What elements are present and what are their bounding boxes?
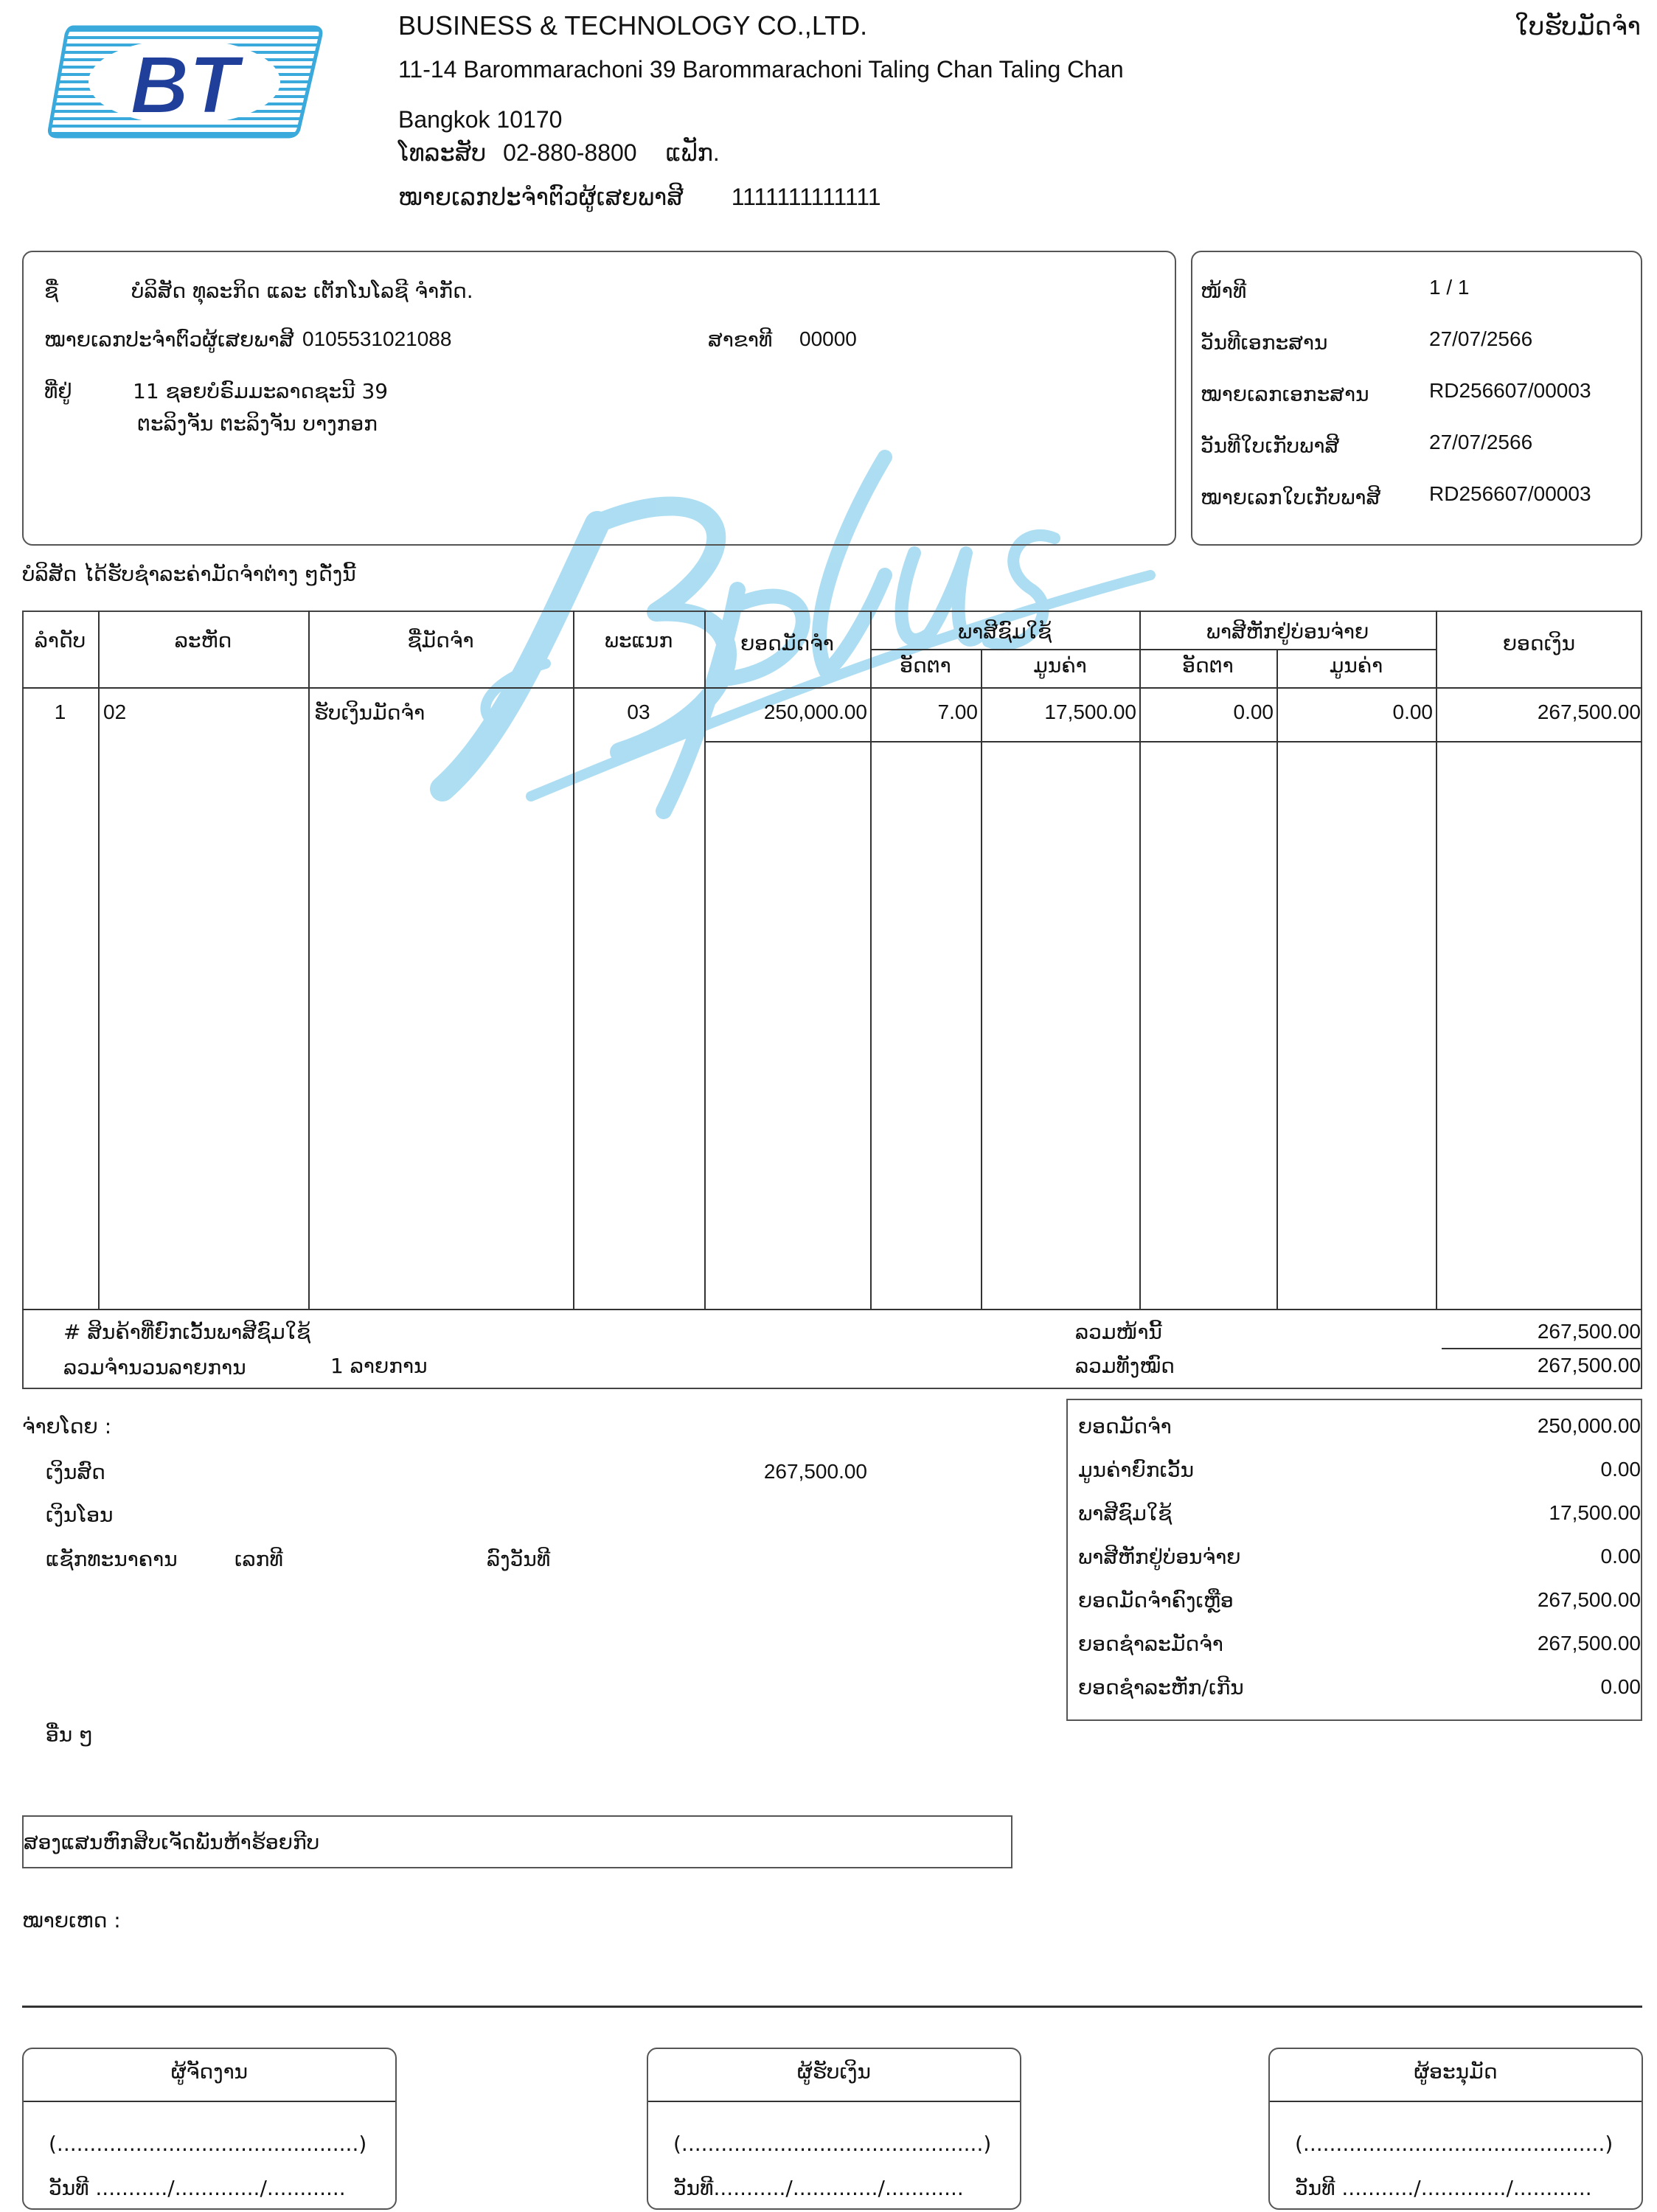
company-phone-row: ໂທລະສັບ 02-880-8800 ແຟັກ. xyxy=(398,139,720,167)
item-count-value: 1 ລາຍການ xyxy=(330,1354,428,1378)
company-logo: BT xyxy=(44,18,324,140)
signature-divider xyxy=(1270,2101,1642,2102)
customer-branch-label: ສາຂາທີ xyxy=(708,327,772,352)
phone-value: 02-880-8800 xyxy=(503,139,636,166)
summary-value: 17,500.00 xyxy=(1401,1501,1641,1525)
header-name: ຊື່ມັດຈຳ xyxy=(308,628,573,653)
signature-divider xyxy=(24,2101,395,2102)
row-rule xyxy=(704,741,1642,742)
cell-code: 02 xyxy=(103,700,302,724)
header-seq: ລຳດັບ xyxy=(22,628,98,653)
tax-id-value: 1111111111111 xyxy=(732,184,881,210)
header-code: ລະຫັດ xyxy=(98,628,308,653)
summary-value: 267,500.00 xyxy=(1401,1632,1641,1655)
cell-total: 267,500.00 xyxy=(1436,700,1641,724)
company-address-line2: Bangkok 10170 xyxy=(398,106,562,133)
page-total-value: 267,500.00 xyxy=(1438,1320,1641,1343)
signature-divider xyxy=(648,2101,1020,2102)
header-wht-value: ມູນຄ່າ xyxy=(1276,653,1436,678)
customer-name: ບໍລິສັດ ທຸລະກິດ ແລະ ເຕັກໂນໂລຊີ ຈຳກັດ. xyxy=(131,279,473,303)
summary-label: ຍອດຊຳລະຫັກ/ເກີນ xyxy=(1078,1675,1244,1700)
signature-name-line[interactable]: (.......................................… xyxy=(49,2132,367,2156)
cell-vat-rate: 7.00 xyxy=(870,700,978,724)
doc-info-label: ວັນທີໃບເກັບພາສີ xyxy=(1201,434,1339,458)
customer-tax-id: 0105531021088 xyxy=(302,327,451,351)
payment-cash-amount: 267,500.00 xyxy=(664,1460,867,1484)
signature-title: ຜູ້ຈັດງານ xyxy=(24,2059,395,2084)
header-vat-value: ມູນຄ່າ xyxy=(981,653,1139,678)
summary-label: ຍອດມັດຈຳ xyxy=(1078,1414,1172,1439)
amount-in-words: ສອງແສນຫົກສິບເຈັດພັນຫ້າຮ້ອຍກີບ xyxy=(24,1830,319,1854)
payment-other-label: ອື່ນ ໆ xyxy=(46,1722,93,1747)
company-name: BUSINESS & TECHNOLOGY CO.,LTD. xyxy=(398,10,867,41)
doc-info-value: RD256607/00003 xyxy=(1429,379,1591,403)
customer-address-line1: 11 ຊອຍບໍຣົມມະລາດຊະນີ 39 xyxy=(133,379,388,403)
header-bottom-rule xyxy=(22,687,1642,689)
header-dept: ພະແນກ xyxy=(573,628,704,653)
payment-transfer-label: ເງິນໂອນ xyxy=(46,1503,114,1527)
signature-date-line[interactable]: ວັນທີ .........../............./........… xyxy=(1295,2176,1592,2200)
table-column-divider xyxy=(98,611,100,1309)
table-body-bottom-rule xyxy=(22,1309,1642,1310)
grand-total-value: 267,500.00 xyxy=(1438,1354,1641,1377)
subtotal-rule xyxy=(1442,1348,1641,1349)
signature-date-line[interactable]: ວັນທີ.........../............./.........… xyxy=(673,2176,964,2200)
doc-info-label: ໜ້າທີ xyxy=(1201,279,1246,303)
cell-wht-value: 0.00 xyxy=(1276,700,1433,724)
signature-box-receiver: ຜູ້ຮັບເງິນ(.............................… xyxy=(647,2048,1021,2210)
summary-label: ພາສີຊົມໃຊ້ xyxy=(1078,1501,1172,1526)
document-title: ໃບຮັບມັດຈຳ xyxy=(1515,12,1641,41)
header-vat-rate: ອັດຕາ xyxy=(870,653,981,678)
doc-info-value: RD256607/00003 xyxy=(1429,482,1591,506)
summary-label: ຍອດມັດຈຳຄົງເຫຼືອ xyxy=(1078,1588,1234,1613)
exempt-note: # ສິນຄ້າທີ່ຍົກເວັ້ນພາສີຊົມໃຊ້ xyxy=(63,1320,310,1344)
table-column-divider xyxy=(1276,649,1278,1309)
payment-cheque-label: ແຊັກທະນາຄານ xyxy=(46,1547,178,1571)
summary-value: 0.00 xyxy=(1401,1545,1641,1568)
doc-info-value: 1 / 1 xyxy=(1429,276,1469,299)
table-column-divider xyxy=(308,611,310,1309)
table-column-divider xyxy=(981,649,982,1309)
customer-address-label: ທີ່ຢູ່ xyxy=(44,379,72,403)
cell-seq: 1 xyxy=(22,700,98,724)
tax-id-label: ໝາຍເລກປະຈຳຕົວຜູ້ເສຍພາສີ xyxy=(398,184,684,210)
doc-info-label: ໝາຍເລກເອກະສານ xyxy=(1201,382,1369,406)
summary-value: 250,000.00 xyxy=(1401,1414,1641,1438)
fax-label: ແຟັກ. xyxy=(665,139,719,166)
customer-name-label: ຊື່ xyxy=(44,279,58,303)
items-table xyxy=(22,611,1642,1389)
remarks-label: ໝາຍເຫດ : xyxy=(22,1908,121,1933)
summary-label: ມູນຄ່າຍົກເວັ້ນ xyxy=(1078,1458,1194,1482)
header-vat-group: ພາສີຊົມໃຊ້ xyxy=(870,619,1139,644)
signature-title: ຜູ້ອະນຸມັດ xyxy=(1270,2059,1642,2084)
summary-value: 0.00 xyxy=(1401,1675,1641,1699)
signature-date-line[interactable]: ວັນທີ .........../............./........… xyxy=(49,2176,346,2200)
doc-info-value: 27/07/2566 xyxy=(1429,327,1532,351)
customer-branch: 00000 xyxy=(799,327,857,351)
cell-name: ຮັບເງິນມັດຈຳ xyxy=(314,700,569,725)
payment-cheque-no-label: ເລກທີ xyxy=(235,1547,283,1571)
item-count-label: ລວມຈຳນວນລາຍການ xyxy=(63,1355,246,1380)
cell-dept: 03 xyxy=(573,700,704,724)
remarks-rule xyxy=(22,2006,1642,2008)
cell-deposit: 250,000.00 xyxy=(704,700,867,724)
summary-label: ພາສີຫັກຢູ່ບ່ອນຈ່າຍ xyxy=(1078,1545,1241,1569)
payment-cash-label: ເງິນສົດ xyxy=(46,1460,105,1484)
svg-text:BT: BT xyxy=(131,40,244,131)
doc-info-label: ວັນທີເອກະສານ xyxy=(1201,330,1327,355)
header-wht-group: ພາສີຫັກຢູ່ບ່ອນຈ່າຍ xyxy=(1139,619,1436,644)
intro-text: ບໍລິສັດ ໄດ້ຮັບຊຳລະຄ່າມັດຈຳຕ່າງ ໆດັ່ງນີ້ xyxy=(22,562,356,586)
page-total-label: ລວມໜ້ານີ້ xyxy=(1075,1320,1162,1344)
signature-name-line[interactable]: (.......................................… xyxy=(673,2132,991,2156)
customer-tax-label: ໝາຍເລກປະຈຳຕົວຜູ້ເສຍພາສີ xyxy=(44,327,293,352)
doc-info-value: 27/07/2566 xyxy=(1429,431,1532,454)
header-group-rule xyxy=(870,649,1436,650)
customer-address-line2: ຕະລິງຈັນ ຕະລິງຈັນ ບາງກອກ xyxy=(137,411,378,436)
company-address-line1: 11-14 Barommarachoni 39 Barommarachoni T… xyxy=(398,56,1124,83)
signature-name-line[interactable]: (.......................................… xyxy=(1295,2132,1613,2156)
bt-logo-icon: BT xyxy=(44,18,324,140)
summary-value: 267,500.00 xyxy=(1401,1588,1641,1612)
cell-wht-rate: 0.00 xyxy=(1139,700,1274,724)
phone-label: ໂທລະສັບ xyxy=(398,139,486,166)
cell-vat-value: 17,500.00 xyxy=(981,700,1136,724)
doc-info-label: ໝາຍເລກໃບເກັບພາສີ xyxy=(1201,485,1380,509)
signature-box-preparer: ຜູ້ຈັດງານ(..............................… xyxy=(22,2048,397,2210)
grand-total-label: ລວມທັງໝົດ xyxy=(1075,1354,1175,1378)
header-deposit: ຍອດມັດຈຳ xyxy=(704,631,870,655)
summary-value: 0.00 xyxy=(1401,1458,1641,1481)
company-tax-row: ໝາຍເລກປະຈຳຕົວຜູ້ເສຍພາສີ 1111111111111 xyxy=(398,183,881,211)
signature-box-approver: ຜູ້ອະນຸມັດ(.............................… xyxy=(1268,2048,1643,2210)
header-wht-rate: ອັດຕາ xyxy=(1139,653,1276,678)
payment-cheque-date-label: ລົງວັນທີ xyxy=(487,1547,550,1571)
signature-title: ຜູ້ຮັບເງິນ xyxy=(648,2059,1020,2084)
summary-label: ຍອດຊຳລະມັດຈຳ xyxy=(1078,1632,1223,1656)
payment-title: ຈ່າຍໂດຍ : xyxy=(22,1414,111,1439)
header-total: ຍອດເງິນ xyxy=(1436,631,1642,655)
